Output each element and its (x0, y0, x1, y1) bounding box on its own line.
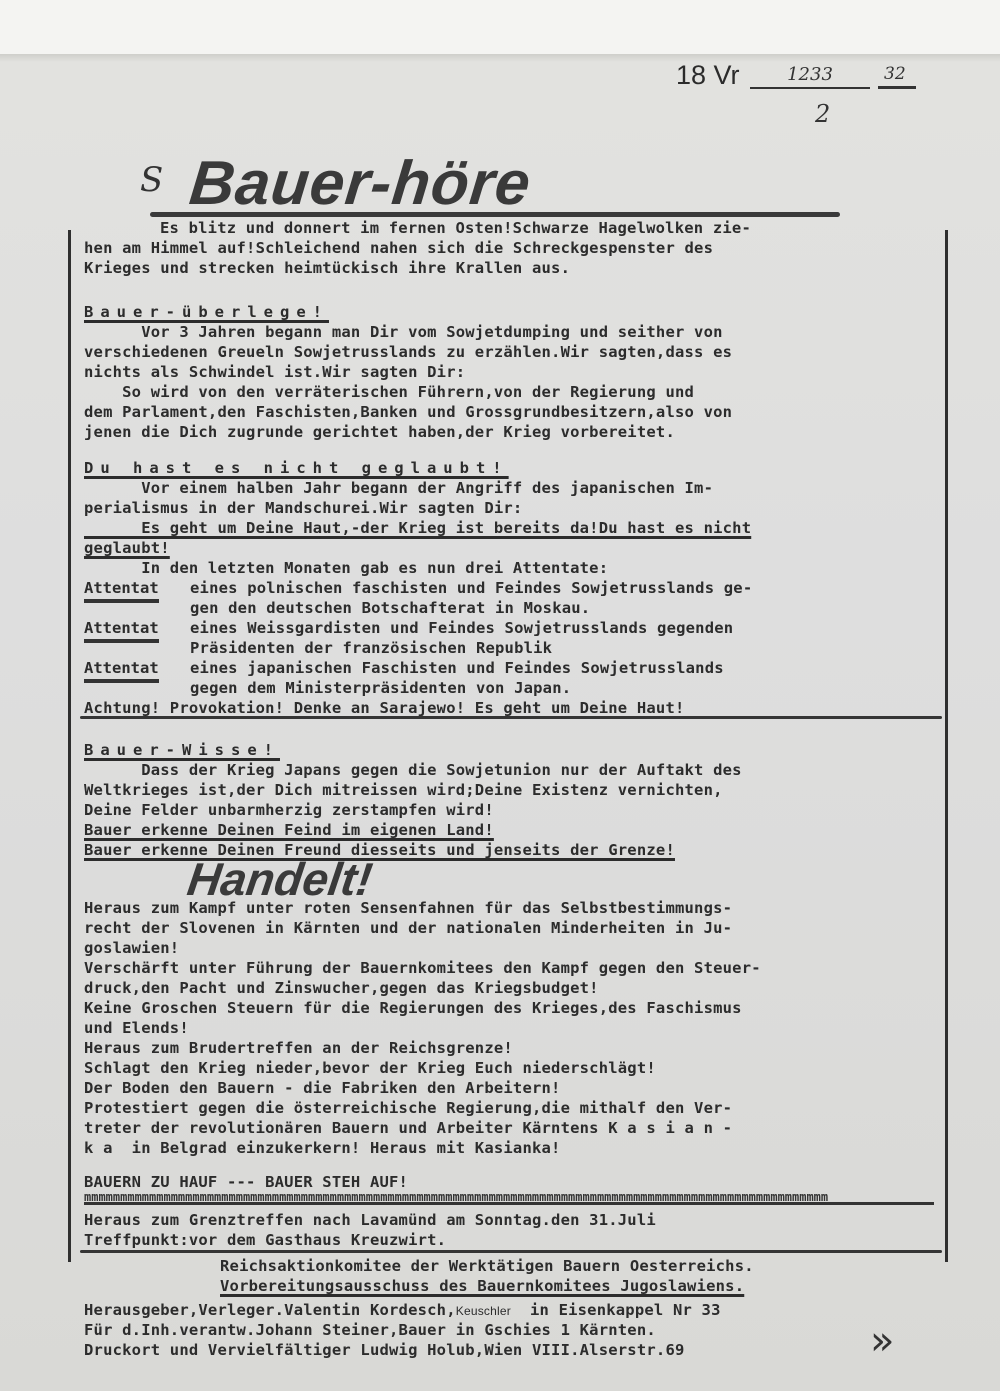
demand-line: goslawien! (84, 938, 179, 958)
demand-line: Der Boden den Bauern - die Fabriken den … (84, 1078, 561, 1098)
demand-line: Verschärft unter Führung der Bauernkomit… (84, 958, 761, 978)
page-title: Bauer-höre (186, 148, 534, 219)
intro-line: Krieges und strecken heimtückisch ihre K… (84, 258, 570, 278)
demand-line: und Elends! (84, 1018, 189, 1038)
intro-line: hen am Himmel auf!Schleichend nahen sich… (84, 238, 713, 258)
archive-stamp: 18 Vr (676, 60, 740, 91)
demand-line: treter der revolutionären Bauern und Arb… (84, 1118, 732, 1138)
body-line: Vor einem halben Jahr begann der Angriff… (84, 478, 713, 498)
attentat-label: Attentat (84, 618, 159, 643)
rally-slogan: BAUERN ZU HAUF --- BAUER STEH AUF! (84, 1172, 408, 1192)
section-heading-geglaubt: Du hast es nicht geglaubt! (84, 458, 509, 478)
emphasis-line: Es geht um Deine Haut,-der Krieg ist ber… (84, 518, 751, 538)
body-line: Dass der Krieg Japans gegen die Sowjetun… (84, 760, 742, 780)
attentat-text: eines polnischen faschisten und Feindes … (190, 578, 752, 598)
dotted-divider: mmmmmmmmmmmmmmmmmmmmmmmmmmmmmmmmmmmmmmmm… (84, 1192, 934, 1205)
warning-line: Achtung! Provokation! Denke an Sarajewo!… (84, 698, 685, 718)
section-heading-wisse: Bauer-Wisse! (84, 740, 280, 760)
attentat-text: eines japanischen Faschisten und Feindes… (190, 658, 724, 678)
demand-line: druck,den Pacht und Zinswucher,gegen das… (84, 978, 599, 998)
margin-mark: S (140, 160, 163, 200)
demand-line: Heraus zum Brudertreffen an der Reichsgr… (84, 1038, 513, 1058)
body-line: So wird von den verräterischen Führern,v… (84, 382, 694, 402)
attentat-text: gegen dem Ministerpräsidenten von Japan. (190, 678, 571, 698)
section-divider (80, 716, 942, 719)
handwritten-note: Keuschler (456, 1304, 511, 1318)
body-line: Vor 3 Jahren begann man Dir vom Sowjetdu… (84, 322, 723, 342)
stamp-file-number: 1233 (750, 64, 870, 89)
slogan-line: Bauer erkenne Deinen Feind im eigenen La… (84, 820, 494, 840)
imprint-line: Druckort und Vervielfältiger Ludwig Holu… (84, 1340, 685, 1360)
signatory-line: Reichsaktionkomitee der Werktätigen Baue… (220, 1256, 754, 1276)
attentat-label: Attentat (84, 578, 159, 603)
body-line: perialismus in der Mandschurei.Wir sagte… (84, 498, 522, 518)
demand-line: Schlagt den Krieg nieder,bevor der Krieg… (84, 1058, 656, 1078)
body-line: dem Parlament,den Faschisten,Banken und … (84, 402, 732, 422)
emphasis-line: geglaubt! (84, 538, 170, 558)
meeting-line: Heraus zum Grenztreffen nach Lavamünd am… (84, 1210, 656, 1230)
attentat-text: gen den deutschen Botschafterat in Moska… (190, 598, 590, 618)
demand-line: Protestiert gegen die österreichische Re… (84, 1098, 732, 1118)
title-underline (150, 212, 840, 217)
imprint-line: Für d.Inh.verantw.Johann Steiner,Bauer i… (84, 1320, 656, 1340)
demand-line: Heraus zum Kampf unter roten Sensenfahne… (84, 898, 732, 918)
body-line: nichts als Schwindel ist.Wir sagten Dir: (84, 362, 465, 382)
attentat-text: Präsidenten der französischen Republik (190, 638, 552, 658)
signatory-line: Vorbereitungsausschuss des Bauernkomitee… (220, 1276, 744, 1296)
slogan-line: Bauer erkenne Deinen Freund diesseits un… (84, 840, 675, 860)
attentat-label: Attentat (84, 658, 159, 683)
section-divider (80, 1250, 942, 1253)
body-line: jenen die Dich zugrunde gerichtet haben,… (84, 422, 675, 442)
body-line: Deine Felder unbarmherzig zerstampfen wi… (84, 800, 494, 820)
scan-top-margin (0, 0, 1000, 54)
body-line: In den letzten Monaten gab es nun drei A… (84, 558, 608, 578)
body-line: Weltkrieges ist,der Dich mitreissen wird… (84, 780, 723, 800)
meeting-line: Treffpunkt:vor dem Gasthaus Kreuzwirt. (84, 1230, 446, 1250)
imprint-line: Herausgeber,Verleger.Valentin Kordesch,K… (84, 1300, 721, 1321)
section-heading-ueberlege: Bauer-überlege! (84, 302, 329, 322)
demand-line: k a in Belgrad einzukerkern! Heraus mit … (84, 1138, 561, 1158)
stamp-sheet-number: 2 (815, 100, 830, 128)
stamp-year: 32 (878, 64, 916, 89)
body-line: verschiedenen Greueln Sowjetrusslands zu… (84, 342, 732, 362)
demand-line: recht der Slovenen in Kärnten und der na… (84, 918, 732, 938)
intro-line: Es blitz und donnert im fernen Osten!Sch… (160, 218, 751, 238)
hand-drawn-arrow-icon: » (870, 1318, 894, 1364)
attentat-text: eines Weissgardisten und Feindes Sowjetr… (190, 618, 733, 638)
demand-line: Keine Groschen Steuern für die Regierung… (84, 998, 742, 1018)
